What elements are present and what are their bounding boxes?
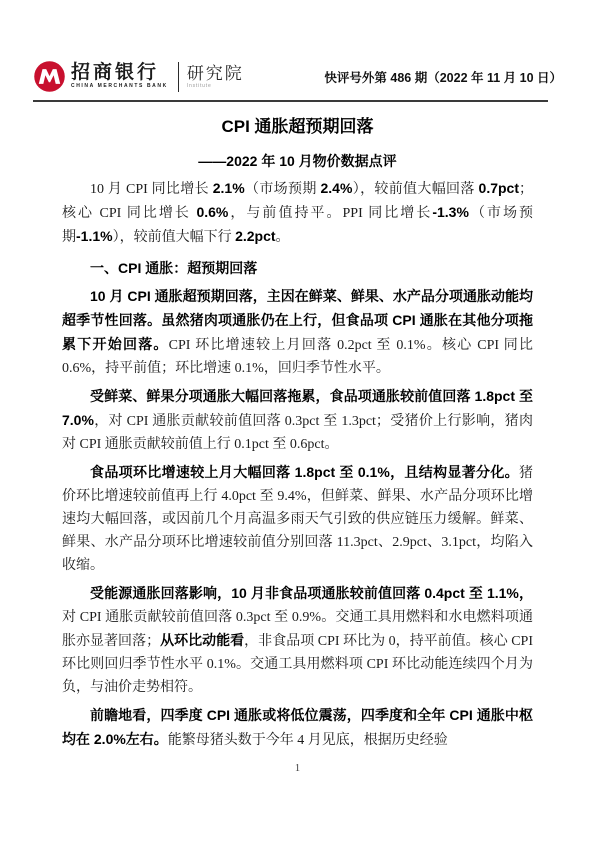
- bank-brand: 招商银行 CHINA MERCHANTS BANK 研究院 Institute: [33, 60, 244, 93]
- paragraph-summary: 10 月 CPI 同比增长 2.1%（市场预期 2.4%），较前值大幅回落 0.…: [62, 177, 533, 249]
- text-run: 能繁母猪头数于今年 4 月见底，根据历史经验: [168, 733, 448, 748]
- page-title: CPI 通胀超预期回落: [62, 115, 533, 139]
- page-header: 招商银行 CHINA MERCHANTS BANK 研究院 Institute …: [33, 60, 562, 93]
- page-subtitle: ——2022 年 10 月物价数据点评: [62, 150, 533, 172]
- bold-text-run: 0.6%: [196, 204, 228, 220]
- bold-text-run: -1.1%: [76, 228, 113, 244]
- bold-text-run: 0.7pct: [479, 180, 519, 196]
- paragraph-food-inflation: 受鲜菜、鲜果分项通胀大幅回落拖累，食品项通胀较前值回落 1.8pct 至 7.0…: [62, 385, 533, 456]
- paragraph-nonfood: 受能源通胀回落影响，10 月非食品项通胀较前值回落 0.4pct 至 1.1%，…: [62, 582, 533, 699]
- paragraph-cpi-overview: 10 月 CPI 通胀超预期回落，主因在鲜菜、鲜果、水产品分项通胀动能均超季节性…: [62, 285, 533, 380]
- text-run: ），较前值大幅下行: [113, 230, 236, 245]
- header-rule: [33, 100, 548, 102]
- dept-name-en: Institute: [187, 83, 244, 90]
- section-heading: 一、CPI 通胀：超预期回落: [62, 257, 533, 280]
- dept-name: 研究院: [187, 64, 244, 83]
- text-run: 。: [276, 230, 290, 245]
- bold-text-run: 食品项环比增速较上月大幅回落 1.8pct 至 0.1%，且结构显著分化。: [90, 464, 519, 480]
- bold-text-run: 从环比动能看: [160, 632, 244, 648]
- bold-text-run: 2.4%: [320, 180, 352, 196]
- text-run: ，与前值持平。PPI 同比增长: [228, 206, 432, 221]
- text-run: （市场预期: [245, 182, 321, 197]
- document-body: CPI 通胀超预期回落 ——2022 年 10 月物价数据点评 10 月 CPI…: [62, 115, 533, 752]
- text-run: 10 月 CPI 同比增长: [90, 182, 213, 197]
- paragraph-outlook: 前瞻地看，四季度 CPI 通胀或将低位震荡，四季度和全年 CPI 通胀中枢均在 …: [62, 704, 533, 752]
- bank-name: 招商银行: [71, 63, 168, 83]
- bold-text-run: 2.1%: [213, 180, 245, 196]
- bold-text-run: 受能源通胀回落影响，10 月非食品项通胀较前值回落 0.4pct 至 1.1%，: [90, 585, 533, 601]
- text-run: ，对 CPI 通胀贡献较前值回落 0.3pct 至 1.3pct；受猪价上行影响…: [62, 414, 533, 452]
- bold-text-run: 2.2pct: [235, 228, 275, 244]
- text-run: ），较前值大幅回落: [352, 182, 478, 197]
- brand-divider: [178, 62, 179, 92]
- paragraph-food-mom: 食品项环比增速较上月大幅回落 1.8pct 至 0.1%，且结构显著分化。猪价环…: [62, 461, 533, 577]
- bank-name-en: CHINA MERCHANTS BANK: [71, 83, 168, 90]
- page-number: 1: [0, 763, 595, 774]
- issue-info: 快评号外第 486 期（2022 年 11 月 10 日）: [324, 68, 562, 86]
- text-run: 猪价环比增速较前值再上行 4.0pct 至 9.4%，但鲜菜、鲜果、水产品分项环…: [62, 466, 533, 573]
- document-page: 招商银行 CHINA MERCHANTS BANK 研究院 Institute …: [0, 0, 595, 842]
- bold-text-run: -1.3%: [432, 204, 469, 220]
- cmb-logo-icon: [33, 60, 66, 93]
